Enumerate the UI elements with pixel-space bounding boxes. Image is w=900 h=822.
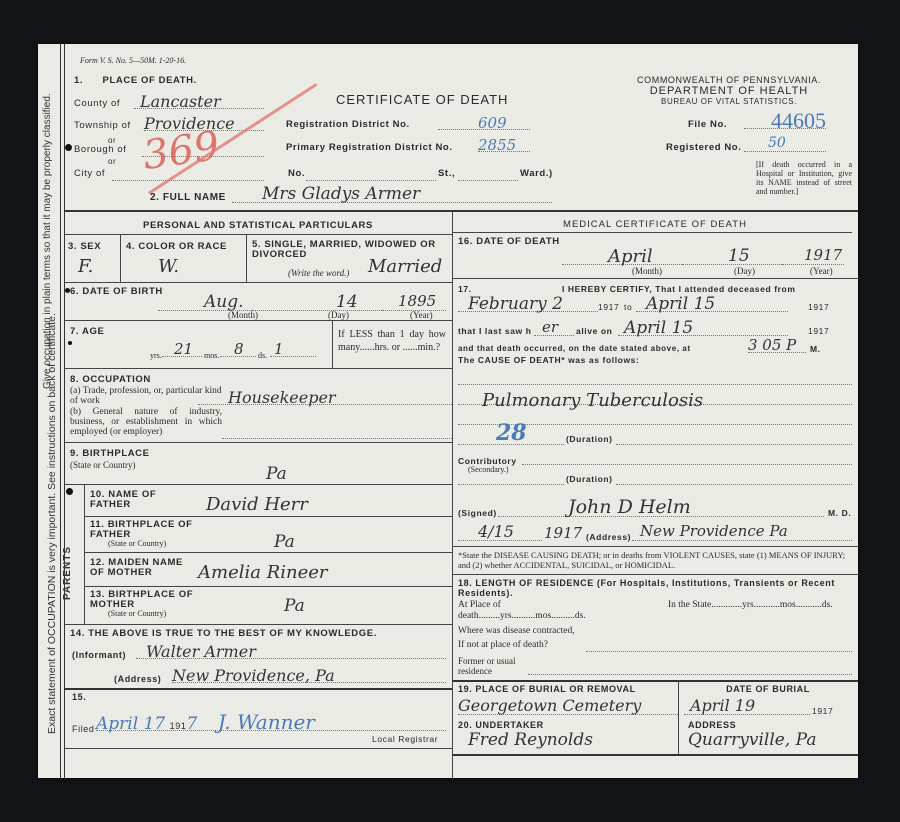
sex-label: 3. SEX: [68, 241, 101, 252]
local-registrar-label: Local Registrar: [372, 734, 438, 744]
dod-month-value: April: [562, 246, 653, 267]
ward-label: Ward.): [520, 168, 553, 179]
last-saw-value: er: [534, 318, 558, 336]
state-country-caption: (State or Country): [108, 609, 166, 618]
informant-field: Walter Armer: [136, 642, 446, 659]
year-caption: (Year): [810, 266, 833, 276]
file-no-value: 44605: [771, 108, 826, 133]
divider: [84, 552, 452, 553]
alive-on-year: 1917: [808, 326, 829, 336]
physician-address-field: New Providence Pa: [632, 522, 852, 541]
contracted-field: [586, 640, 852, 652]
address-label: (Address): [114, 674, 161, 684]
dob-label: 6. DATE OF BIRTH: [70, 286, 163, 297]
primary-district-field: 2855: [478, 136, 530, 152]
mother-birthplace-value: Pa: [284, 596, 305, 616]
birthplace-value: Pa: [266, 464, 287, 484]
day-caption: (Day): [734, 266, 755, 276]
dob-day-field: 14: [252, 292, 382, 311]
mother-name-label: 12. MAIDEN NAME OF MOTHER: [90, 558, 200, 578]
item-17-label: 17.: [458, 284, 472, 294]
divider: [64, 624, 452, 625]
sex-value: F.: [78, 256, 93, 277]
or-label: or: [108, 157, 116, 166]
dob-year-field: 1895: [382, 292, 446, 311]
column-divider: [452, 212, 453, 778]
physician-address-value: New Providence Pa: [632, 522, 788, 540]
informant-label: (Informant): [72, 650, 126, 660]
filed-field: April 17 1917 J. Wanner: [96, 710, 446, 731]
burial-place-field: Georgetown Cemetery: [458, 696, 678, 715]
divider: [64, 484, 452, 485]
attended-to-year: 1917: [808, 302, 829, 312]
personal-heading: PERSONAL AND STATISTICAL PARTICULARS: [64, 220, 452, 231]
divider: [452, 754, 858, 756]
dob-day-value: 14: [252, 292, 358, 312]
occupation-label: 8. OCCUPATION: [70, 374, 151, 385]
dob-month-value: Aug.: [158, 292, 244, 312]
undertaker-label: 20. UNDERTAKER: [458, 720, 544, 730]
no-label: No.: [288, 168, 305, 179]
divider: [452, 680, 858, 682]
divider: [84, 516, 452, 517]
place-of-death-heading: 1. PLACE OF DEATH.: [74, 75, 197, 86]
attended-from-year: 1917: [598, 302, 619, 312]
burial-date-field: April 19: [684, 696, 810, 715]
time-of-death-field: 3 05 P: [748, 336, 806, 353]
agency-header: COMMONWEALTH OF PENNSYLVANIA. DEPARTMENT…: [624, 75, 834, 106]
duration-label: (Duration): [566, 474, 613, 484]
medical-heading: MEDICAL CERTIFICATE OF DEATH: [452, 219, 858, 230]
registered-no-value: 50: [744, 135, 786, 151]
birthplace-label: 9. BIRTHPLACE: [70, 448, 150, 459]
dod-year-value: 1917: [782, 246, 842, 264]
primary-district-label: Primary Registration District No.: [286, 142, 453, 153]
time-of-death-value: 3 05 P: [748, 336, 796, 354]
divider: [452, 574, 858, 575]
father-birthplace-value: Pa: [274, 532, 295, 552]
registrar-signature: J. Wanner: [202, 710, 315, 734]
occupation-b-label: (b) General nature of industry, business…: [70, 407, 222, 437]
yrs-label: yrs.: [150, 351, 162, 360]
occurred-label: and that death occurred, on the date sta…: [458, 344, 691, 353]
margin-rule: [64, 44, 65, 778]
registration-district-value: 609: [438, 114, 507, 132]
registration-district-label: Registration District No.: [286, 119, 410, 130]
mother-name-value: Amelia Rineer: [198, 562, 328, 583]
street-field: [306, 168, 436, 181]
former-residence-label: Former or usual residence: [458, 656, 518, 676]
father-name-label: 10. NAME OF FATHER: [90, 490, 200, 510]
duration-line: [458, 474, 564, 485]
ds-label: ds.: [258, 351, 267, 360]
state-country-caption: (State or Country): [108, 539, 166, 548]
margin-rule: [60, 44, 61, 778]
divider: [452, 546, 858, 547]
informant-address-field: New Providence, Pa: [172, 666, 446, 683]
divider: [120, 234, 121, 282]
marital-value: Married: [368, 256, 442, 277]
physician-signature: John D Helm: [498, 496, 691, 518]
industry-field: [222, 428, 452, 439]
divider: [84, 586, 452, 587]
township-label: Township of: [74, 120, 131, 131]
agency-line1: COMMONWEALTH OF PENNSYLVANIA.: [624, 75, 834, 85]
duration-field: [616, 434, 852, 445]
residence-label: 18. LENGTH OF RESIDENCE (For Hospitals, …: [458, 578, 852, 598]
filed-year-prefix: 191: [170, 721, 187, 731]
city-label: City of: [74, 168, 105, 179]
age-months-field: 8: [220, 340, 256, 357]
m-label: M.: [810, 344, 821, 354]
side-note-line1: Exact statement of OCCUPATION is very im…: [46, 313, 58, 734]
full-name-field: Mrs Gladys Armer: [232, 184, 552, 203]
attended-to-field: April 15: [636, 294, 788, 312]
st-label: St.,: [438, 168, 455, 179]
attended-from-field: February 2: [458, 294, 598, 312]
contributory-field: [522, 454, 852, 465]
burial-place-value: Georgetown Cemetery: [458, 696, 641, 715]
agency-line3: BUREAU OF VITAL STATISTICS.: [624, 97, 834, 106]
less-than-day-note: If LESS than 1 day how many......hrs. or…: [338, 328, 446, 354]
undertaker-address-label: ADDRESS: [688, 720, 736, 730]
divider: [64, 320, 452, 321]
dob-month-field: Aug.: [158, 292, 252, 311]
alive-on-label: alive on: [576, 326, 612, 336]
month-caption: (Month): [632, 266, 662, 276]
age-days-value: 1: [270, 340, 284, 358]
parents-label: PARENTS: [62, 546, 73, 600]
alive-on-value: April 15: [618, 318, 693, 338]
age-years-field: 21: [162, 340, 202, 357]
year-caption: (Year): [410, 310, 433, 320]
signed-label: (Signed): [458, 508, 497, 518]
filed-label: Filed: [72, 724, 95, 734]
divider: [452, 232, 852, 233]
cause-label: The CAUSE OF DEATH* was as follows:: [458, 355, 639, 365]
cause-field: Pulmonary Tuberculosis: [458, 390, 852, 405]
undertaker-address-value: Quarryville, Pa: [688, 730, 816, 750]
mother-birthplace-label: 13. BIRTHPLACE OF MOTHER: [90, 590, 200, 610]
father-name-value: David Herr: [206, 494, 308, 515]
bullet-icon: [66, 488, 73, 495]
burial-date-value: April 19: [684, 696, 755, 715]
attended-to-value: April 15: [636, 294, 715, 314]
former-residence-field: [528, 664, 852, 675]
at-place-of-death: At Place of death.........yrs..........m…: [458, 600, 628, 622]
physician-signature-field: John D Helm: [498, 496, 824, 517]
divider: [64, 282, 452, 283]
marital-hint: (Write the word.): [288, 268, 349, 278]
file-no-field: 44605: [744, 108, 826, 129]
mos-label: mos.: [204, 351, 219, 360]
birthplace-hint: (State or Country): [70, 460, 136, 470]
form-number: Form V. S. No. 5—50M. 1-20-16.: [80, 56, 186, 65]
physician-address-label: (Address): [586, 532, 631, 542]
dod-day-field: 15: [682, 246, 782, 265]
borough-label: Borough of: [74, 144, 126, 155]
race-value: W.: [158, 256, 179, 277]
hospital-note: [If death occurred in a Hospital or Inst…: [756, 160, 852, 196]
in-the-state: In the State.............yrs...........m…: [668, 600, 852, 611]
full-name-value: Mrs Gladys Armer: [232, 184, 420, 204]
signed-date-value: 4/15: [458, 522, 514, 541]
divider: [64, 688, 452, 690]
county-label: County of: [74, 98, 120, 109]
certificate-title: CERTIFICATE OF DEATH: [336, 92, 508, 107]
dod-day-value: 15: [682, 246, 750, 266]
race-label: 4. COLOR OR RACE: [126, 241, 227, 252]
divider: [332, 320, 333, 368]
secondary-label: (Secondary.): [468, 465, 509, 474]
registration-district-field: 609: [438, 114, 530, 130]
signed-date-field: 4/15: [458, 522, 542, 541]
divider: [246, 234, 247, 282]
divider: [64, 748, 452, 749]
age-months-value: 8: [220, 340, 244, 358]
full-name-label: 2. FULL NAME: [150, 192, 226, 203]
attestation-label: 14. THE ABOVE IS TRUE TO THE BEST OF MY …: [70, 628, 377, 639]
cause-footnote: *State the DISEASE CAUSING DEATH; or in …: [458, 550, 852, 570]
ward-field: [458, 168, 518, 181]
item-15-label: 15.: [72, 692, 86, 702]
bullet-icon: [68, 341, 72, 345]
age-days-field: 1: [270, 340, 316, 357]
cause-value: Pulmonary Tuberculosis: [458, 390, 703, 411]
date-of-death-label: 16. DATE OF DEATH: [458, 236, 560, 247]
informant-value: Walter Armer: [136, 642, 256, 661]
divider: [64, 210, 858, 212]
registered-no-label: Registered No.: [666, 142, 741, 153]
burial-date-label: DATE OF BURIAL: [678, 684, 858, 694]
county-field: Lancaster: [134, 92, 264, 109]
day-caption: (Day): [328, 310, 349, 320]
dob-year-value: 1895: [382, 292, 436, 310]
death-certificate: Give occupation in plain terms so that i…: [38, 44, 858, 778]
if-not-label: If not at place of death?: [458, 640, 548, 650]
cause-line: [458, 374, 852, 385]
divider: [64, 234, 452, 235]
informant-address-value: New Providence, Pa: [172, 666, 335, 685]
where-contracted-label: Where was disease contracted,: [458, 626, 575, 636]
signed-year-value: 1917: [544, 524, 582, 542]
divider: [452, 278, 858, 279]
duration-label: (Duration): [566, 434, 613, 444]
alive-on-field: April 15: [618, 318, 788, 336]
month-caption: (Month): [228, 310, 258, 320]
county-value: Lancaster: [134, 92, 221, 111]
last-saw-field: er: [534, 318, 574, 336]
duration-field: [616, 474, 852, 485]
duration-line: [458, 434, 564, 445]
filed-date-value: April 17: [96, 714, 165, 734]
age-years-value: 21: [162, 340, 193, 358]
primary-district-value: 2855: [478, 136, 516, 154]
bullet-icon: [65, 144, 72, 151]
undertaker-value: Fred Reynolds: [468, 730, 593, 750]
agency-line2: DEPARTMENT OF HEALTH: [624, 85, 834, 97]
last-saw-label: that I last saw h: [458, 326, 532, 336]
registered-no-field: 50: [744, 134, 826, 152]
certify-label: I HEREBY CERTIFY, That I attended deceas…: [562, 284, 796, 294]
dod-year-field: 1917: [782, 246, 844, 265]
to-label: to: [624, 302, 632, 312]
divider: [64, 368, 452, 369]
md-label: M. D.: [828, 508, 851, 518]
burial-place-label: 19. PLACE OF BURIAL OR REMOVAL: [458, 684, 636, 694]
occupation-field: Housekeeper: [198, 388, 452, 405]
father-birthplace-label: 11. BIRTHPLACE OF FATHER: [90, 520, 200, 540]
file-no-label: File No.: [688, 119, 727, 130]
occupation-value: Housekeeper: [198, 388, 336, 407]
dod-month-field: April: [562, 246, 682, 265]
divider: [64, 442, 452, 443]
burial-year: 1917: [812, 706, 833, 716]
attended-from-value: February 2: [458, 294, 563, 314]
filed-year-suffix: 7: [186, 714, 197, 734]
age-label: 7. AGE: [70, 326, 104, 337]
divider: [84, 484, 85, 624]
